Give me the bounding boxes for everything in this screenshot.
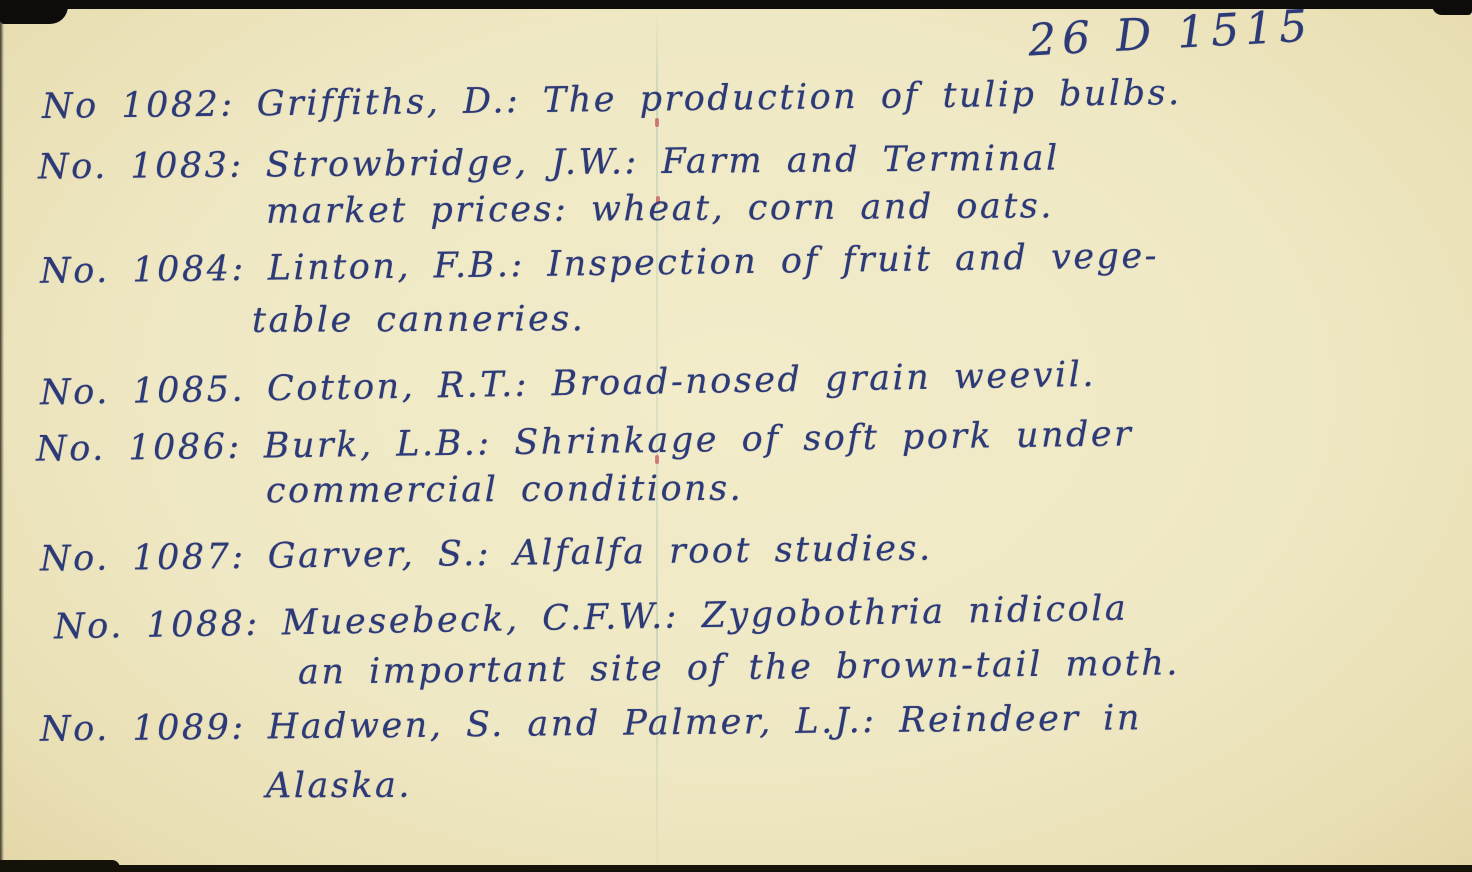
entry-continuation-1089: Alaska.	[266, 766, 412, 807]
entry-text: Griffiths, D.: The production of tulip b…	[256, 73, 1181, 124]
scan-edge-left	[0, 0, 4, 872]
scan-edge-top-left	[0, 0, 68, 24]
entry-continuation-1083: market prices: wheat, corn and oats.	[266, 186, 1054, 231]
entry-line-1084: No. 1084:Linton, F.B.: Inspection of fru…	[40, 236, 1159, 292]
entry-text: Alaska.	[266, 766, 412, 807]
call-number-code: 26 D 1515	[1027, 1, 1314, 67]
entry-text: an important site of the brown-tail moth…	[298, 643, 1180, 692]
entry-number: No. 1084:	[40, 249, 246, 292]
entry-continuation-1084: table canneries.	[252, 299, 586, 341]
entry-continuation-1086: commercial conditions.	[266, 469, 743, 511]
scan-edge-top	[0, 0, 1472, 9]
scan-edge-bottom	[0, 865, 1472, 872]
scan-edge-bottom-left	[0, 860, 120, 872]
entry-number: No. 1087:	[40, 537, 246, 580]
entry-line-1086: No. 1086:Burk, L.B.: Shrinkage of soft p…	[36, 414, 1134, 469]
entry-text: Linton, F.B.: Inspection of fruit and ve…	[267, 236, 1159, 288]
entry-number: No 1082:	[42, 85, 235, 127]
entry-line-1089: No. 1089:Hadwen, S. and Palmer, L.J.: Re…	[40, 698, 1142, 750]
entry-line-1083: No. 1083:Strowbridge, J.W.: Farm and Ter…	[38, 139, 1060, 188]
entry-continuation-1088: an important site of the brown-tail moth…	[298, 643, 1180, 692]
entry-line-1087: No. 1087:Garver, S.: Alfalfa root studie…	[40, 529, 933, 580]
scan-edge-top-right	[1432, 0, 1472, 15]
entry-text: Garver, S.: Alfalfa root studies.	[267, 529, 932, 577]
entry-line-1085: No. 1085.Cotton, R.T.: Broad-nosed grain…	[40, 355, 1097, 413]
entry-line-1088: No. 1088:Muesebeck, C.F.W.: Zygobothria …	[54, 589, 1129, 648]
entry-text: table canneries.	[252, 299, 586, 341]
entry-text: Burk, L.B.: Shrinkage of soft pork under	[263, 414, 1133, 466]
entry-text: Hadwen, S. and Palmer, L.J.: Reindeer in	[268, 698, 1143, 747]
entry-number: No. 1088:	[54, 604, 260, 648]
entry-line-1082: No 1082:Griffiths, D.: The production of…	[42, 73, 1182, 127]
entry-number: No. 1086:	[36, 427, 242, 470]
scanned-index-card: 26 D 1515 No 1082:Griffiths, D.: The pro…	[0, 0, 1472, 872]
entry-text: commercial conditions.	[266, 469, 743, 511]
entry-text: Muesebeck, C.F.W.: Zygobothria nidicola	[281, 589, 1128, 644]
entry-number: No. 1089:	[40, 708, 246, 750]
entry-text: market prices: wheat, corn and oats.	[266, 186, 1054, 231]
entry-number: No. 1085.	[40, 370, 246, 414]
entry-text: Cotton, R.T.: Broad-nosed grain weevil.	[267, 355, 1097, 409]
entry-text: Strowbridge, J.W.: Farm and Terminal	[266, 139, 1060, 186]
entry-number: No. 1083:	[38, 146, 244, 188]
